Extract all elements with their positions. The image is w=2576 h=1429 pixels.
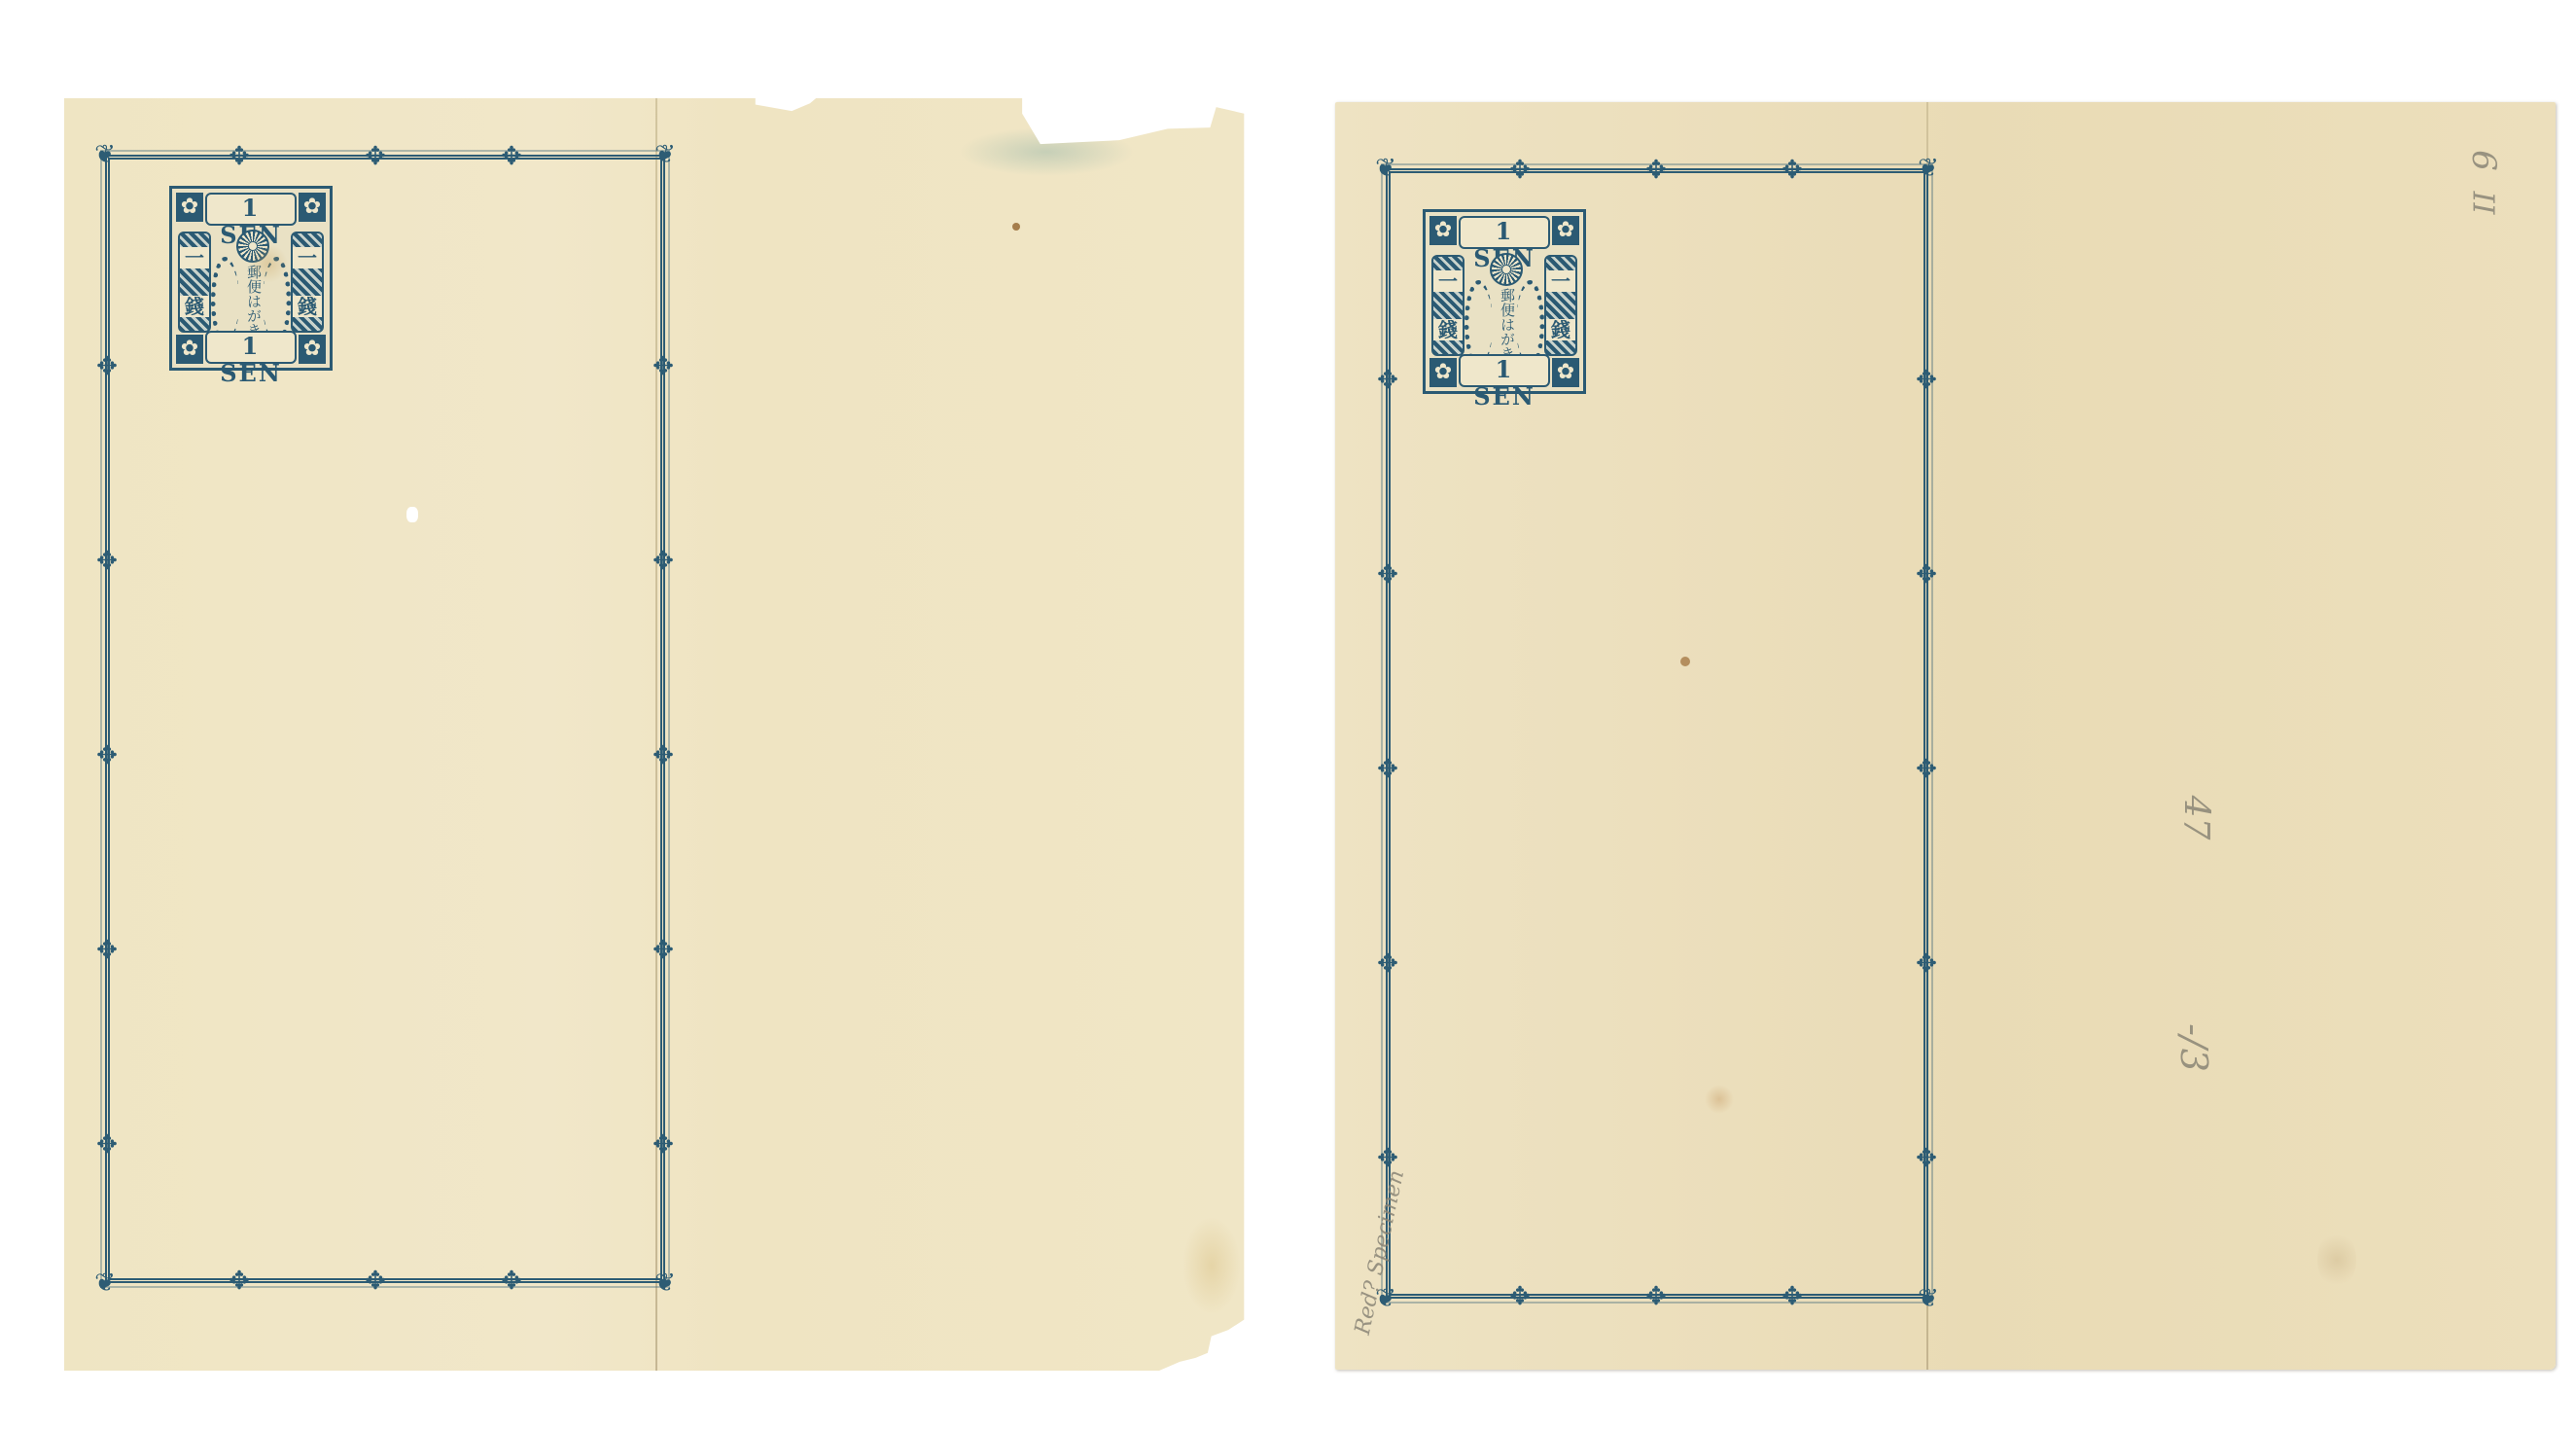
letter-sheet-left: ❦ ❦ ❦ ❦ ✥ ✥ ✥ ✥ ✥ ✥ ✥ ✥ ✥ ✥ ✥ ✥ ✥ ✥ ✥ ✥ …	[64, 98, 1277, 1371]
printed-stamp-1-sen: 1 SEN ✿ ✿ 一 錢 一 錢 郵便はがき ✿ ✿ 1 SEN	[1423, 209, 1586, 394]
ribbon-knot-icon: ✥	[651, 743, 676, 768]
ribbon-knot-icon: ✥	[1914, 757, 1939, 782]
pencil-note-roman: II	[2465, 192, 2499, 215]
paper-hole	[406, 507, 418, 522]
ribbon-knot-icon: ✥	[1914, 368, 1939, 393]
flower-icon: ✿	[299, 335, 326, 364]
ribbon-knot-icon: ✥	[1914, 1146, 1939, 1171]
letter-sheet-right: ❦ ❦ ❦ ❦ ✥ ✥ ✥ ✥ ✥ ✥ ✥ ✥ ✥ ✥ ✥ ✥ ✥ ✥ ✥ ✥ …	[1335, 102, 2556, 1370]
corner-scroll-icon: ❦	[1916, 1286, 1941, 1311]
stamp-side-right: 一 錢	[1544, 255, 1577, 356]
corner-scroll-icon: ❦	[653, 1270, 678, 1296]
flower-icon: ✿	[1552, 358, 1579, 387]
foxing-spot	[1012, 223, 1020, 231]
corner-scroll-icon: ❦	[92, 1270, 118, 1296]
stamp-side-right: 一 錢	[291, 232, 324, 333]
stamp-side-left: 一 錢	[1431, 255, 1464, 356]
corner-scroll-icon: ❦	[1916, 156, 1941, 181]
stamp-center-text: 郵便はがき	[1496, 288, 1517, 361]
ribbon-knot-icon: ✥	[94, 1132, 120, 1158]
ribbon-knot-icon: ✥	[499, 1268, 524, 1294]
foxing-spot	[1182, 1217, 1241, 1314]
blue-crayon-mark	[959, 127, 1134, 176]
ribbon-knot-icon: ✥	[1643, 158, 1669, 183]
ribbon-knot-icon: ✥	[1643, 1284, 1669, 1309]
ribbon-knot-icon: ✥	[94, 549, 120, 574]
ribbon-knot-icon: ✥	[499, 144, 524, 169]
foxing-spot	[1680, 657, 1690, 666]
stamp-value-bottom: 1 SEN	[1459, 354, 1550, 387]
stamp-value-top: 1 SEN	[205, 193, 297, 226]
pencil-note-number: 47	[2175, 796, 2215, 840]
flower-icon: ✿	[1429, 216, 1457, 245]
ribbon-knot-icon: ✥	[1780, 1284, 1805, 1309]
foxing-spot	[1705, 1085, 1734, 1114]
ribbon-knot-icon: ✥	[94, 938, 120, 963]
ribbon-knot-icon: ✥	[1507, 1284, 1533, 1309]
ribbon-knot-icon: ✥	[1375, 951, 1400, 977]
pencil-note-number: 6	[2464, 150, 2503, 171]
stamp-value-bottom: 1 SEN	[205, 331, 297, 364]
corner-scroll-icon: ❦	[92, 142, 118, 167]
corner-scroll-icon: ❦	[653, 142, 678, 167]
ribbon-knot-icon: ✥	[651, 938, 676, 963]
printed-stamp-1-sen: 1 SEN ✿ ✿ 一 錢 一 錢 郵便はがき ✿ ✿ 1 SEN	[169, 186, 333, 371]
pencil-note-price: -/3	[2172, 1023, 2215, 1072]
ribbon-knot-icon: ✥	[651, 549, 676, 574]
ribbon-knot-icon: ✥	[1375, 368, 1400, 393]
foxing-spot	[2317, 1231, 2356, 1289]
flower-icon: ✿	[1552, 216, 1579, 245]
ribbon-knot-icon: ✥	[1914, 951, 1939, 977]
ribbon-knot-icon: ✥	[651, 354, 676, 379]
ribbon-knot-icon: ✥	[363, 1268, 388, 1294]
ribbon-knot-icon: ✥	[1375, 757, 1400, 782]
flower-icon: ✿	[176, 335, 203, 364]
flower-icon: ✿	[176, 193, 203, 222]
corner-scroll-icon: ❦	[1373, 156, 1398, 181]
ribbon-knot-icon: ✥	[1375, 1146, 1400, 1171]
ribbon-knot-icon: ✥	[1780, 158, 1805, 183]
foxing-spot	[249, 244, 288, 283]
flower-icon: ✿	[1429, 358, 1457, 387]
ribbon-knot-icon: ✥	[1914, 562, 1939, 588]
ribbon-knot-icon: ✥	[227, 1268, 252, 1294]
ribbon-knot-icon: ✥	[94, 743, 120, 768]
ribbon-knot-icon: ✥	[651, 1132, 676, 1158]
stamp-value-top: 1 SEN	[1459, 216, 1550, 249]
stamp-side-left: 一 錢	[178, 232, 211, 333]
ribbon-knot-icon: ✥	[227, 144, 252, 169]
ribbon-knot-icon: ✥	[363, 144, 388, 169]
flower-icon: ✿	[299, 193, 326, 222]
ribbon-knot-icon: ✥	[1375, 562, 1400, 588]
ribbon-knot-icon: ✥	[1507, 158, 1533, 183]
chrysanthemum-crest-icon	[1490, 253, 1523, 286]
ribbon-knot-icon: ✥	[94, 354, 120, 379]
